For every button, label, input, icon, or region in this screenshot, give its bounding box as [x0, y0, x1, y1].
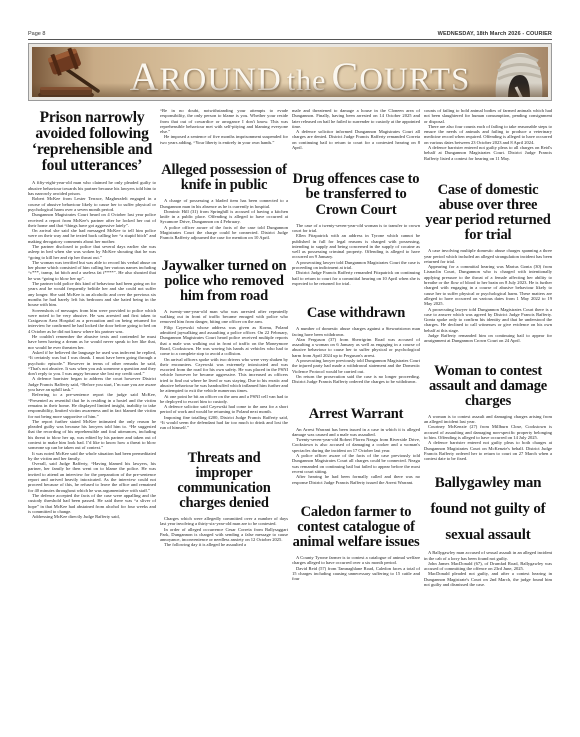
article-jaywalker: Jaywalker turned on police who removed h…: [160, 259, 288, 431]
article-body: A fifty-eight-year-old man who claimed h…: [28, 180, 156, 519]
article-body: A twenty-one-year-old man who was arrest…: [160, 309, 288, 431]
headline: Ballygawley man found not guilty of sexu…: [424, 470, 552, 549]
article-threats: Threats and improper communication charg…: [160, 451, 288, 548]
edition-date: WEDNESDAY, 18th March 2026 - COURIER: [438, 31, 552, 37]
headline: Caledon farmer to contest catalogue of a…: [292, 505, 420, 550]
article-domestic: Case of domestic abuse over three year p…: [424, 183, 552, 344]
page-header: Page 8 WEDNESDAY, 18th March 2026 - COUR…: [28, 28, 552, 40]
article-prison-continued: “Be in no doubt, notwithstanding your at…: [160, 108, 288, 145]
headline: Woman to contest assault and damage char…: [424, 364, 552, 409]
article-woman: Woman to contest assault and damage char…: [424, 364, 552, 462]
column-2: “Be in no doubt, notwithstanding your at…: [160, 108, 288, 548]
article-body: The case of a twenty-seven-year-old woma…: [292, 223, 420, 287]
column-3: male and threatened to damage a house in…: [292, 108, 420, 582]
article-withdrawn: Case withdrawn A number of domestic abus…: [292, 306, 420, 384]
article-drug: Drug offences case to be transferred to …: [292, 172, 420, 286]
article-prison: Prison narrowly avoided following ‘repre…: [28, 110, 156, 519]
article-body: A County Tyrone farmer is to contest a c…: [292, 555, 420, 581]
headline: Drug offences case to be transferred to …: [292, 172, 420, 217]
article-caledon-continued: counts of failing to hold animal bodies …: [424, 108, 552, 161]
article-body: A number of domestic abuse charges again…: [292, 326, 420, 384]
column-4: counts of failing to hold animal bodies …: [424, 108, 552, 587]
headline: Threats and improper communication charg…: [160, 451, 288, 511]
page-number: Page 8: [28, 31, 45, 37]
article-body: Charges which were allegedly committed o…: [160, 516, 288, 548]
headline: Prison narrowly avoided following ‘repre…: [28, 110, 156, 174]
article-body: A Ballygawley man accused of sexual assa…: [424, 550, 552, 587]
article-warrant: Arrest Warrant An Arrest Warrant has bee…: [292, 407, 420, 485]
article-body: A woman is to contest assault and damagi…: [424, 414, 552, 462]
article-body: A case involving multiple domestic abuse…: [424, 248, 552, 343]
article-threats-continued: male and threatened to damage a house in…: [292, 108, 420, 150]
section-banner: AROUND the COURTS: [28, 43, 552, 101]
headline: Alleged possession of knife in public: [160, 163, 288, 193]
headline: Jaywalker turned on police who removed h…: [160, 259, 288, 304]
article-caledon: Caledon farmer to contest catalogue of a…: [292, 505, 420, 582]
column-1: Prison narrowly avoided following ‘repre…: [28, 108, 156, 519]
headline: Arrest Warrant: [292, 407, 420, 422]
banner-image: AROUND the COURTS: [32, 47, 548, 97]
article-body: An Arrest Warrant has been issued in a c…: [292, 427, 420, 485]
gavel-icon: [36, 47, 114, 97]
headline: Case of domestic abuse over three year p…: [424, 183, 552, 243]
headline: Case withdrawn: [292, 306, 420, 321]
barrister-wig-icon: [486, 47, 548, 97]
article-ballygawley: Ballygawley man found not guilty of sexu…: [424, 470, 552, 588]
article-body: A charge of possessing a bladed item has…: [160, 198, 288, 240]
banner-title: AROUND the COURTS: [118, 53, 482, 97]
article-knife: Alleged possession of knife in public A …: [160, 163, 288, 241]
